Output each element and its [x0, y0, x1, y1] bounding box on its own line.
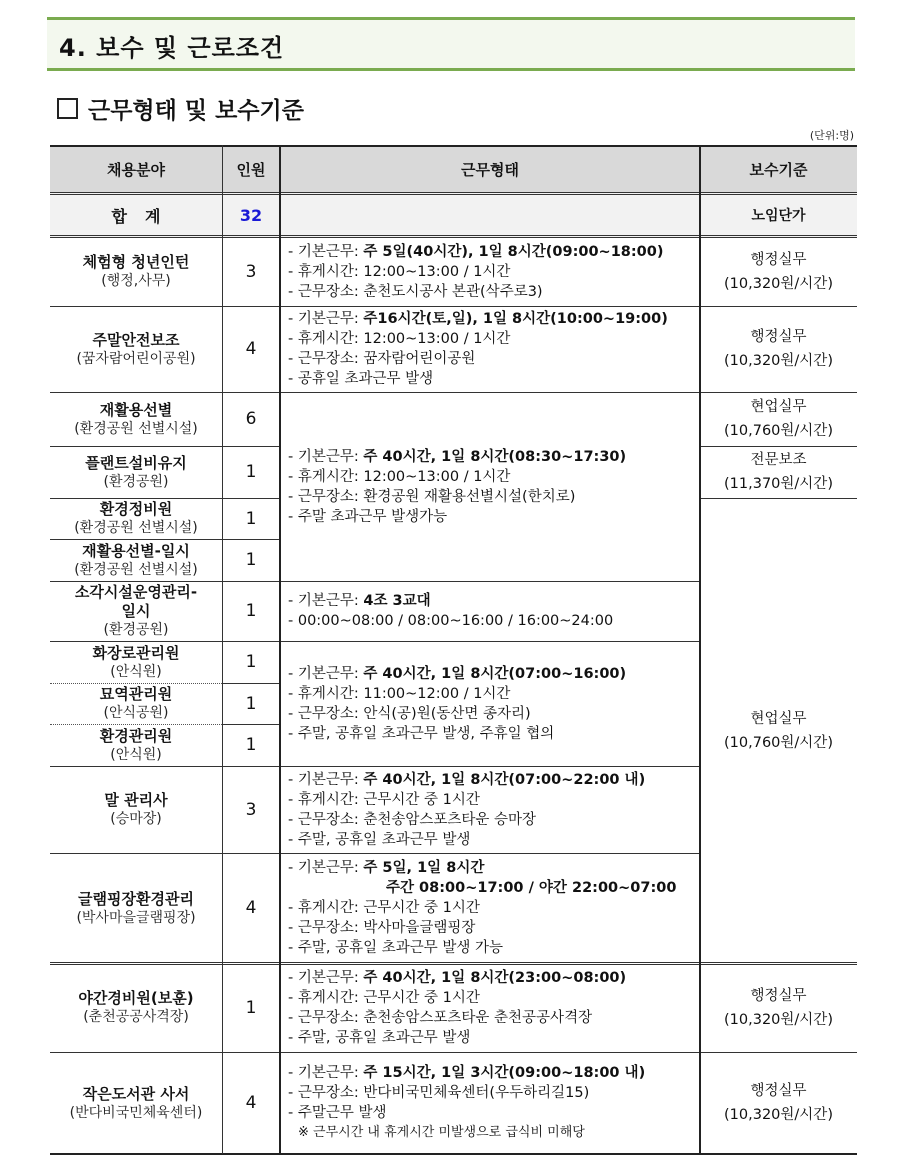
job-count: 1 — [246, 509, 257, 529]
job-count-cell: 1 — [222, 963, 280, 1052]
pay-type: 행정실무 — [750, 248, 806, 272]
compensation-table: 채용분야 인원 근무형태 보수기준 합계 32 노임단가 체험형 청년인턴 (행… — [50, 145, 857, 1155]
work-type-cell: - 기본근무: 주 5일, 1일 8시간 주간 08:00~17:00 / 야간… — [280, 853, 700, 963]
work-note: - 주말, 공휴일 초과근무 발생 — [288, 1028, 700, 1048]
job-location: (반다비국민체육센터) — [70, 1104, 203, 1122]
job-name: 묘역관리원 — [100, 685, 172, 704]
pay-rate: (10,320원/시간) — [724, 1008, 833, 1032]
job-location: (승마장) — [110, 810, 162, 828]
job-name: 주말안전보조 — [93, 331, 180, 350]
job-count-cell: 4 — [222, 853, 280, 963]
job-name: 화장로관리원 — [93, 644, 180, 663]
work-location: - 근무장소: 꿈자람어린이공원 — [288, 349, 700, 369]
row-divider — [50, 539, 280, 540]
pay-cell: 행정실무 (10,320원/시간) — [700, 1052, 857, 1154]
job-name: 환경정비원 — [100, 500, 172, 519]
job-name: 말 관리사 — [104, 791, 167, 810]
pay-type: 전문보조 — [750, 448, 806, 472]
work-hours: 주16시간(토,일), 1일 8시간(10:00~19:00) — [363, 311, 668, 327]
job-count-cell: 4 — [222, 1052, 280, 1154]
job-location: (환경공원 선별시설) — [74, 519, 198, 537]
work-break: - 휴게시간: 근무시간 중 1시간 — [288, 898, 700, 918]
table-border — [50, 145, 857, 147]
table-row-job: 주말안전보조 (꿈자람어린이공원) — [50, 306, 222, 392]
total-pay-cell: 노임단가 — [700, 193, 857, 237]
job-count-cell: 3 — [222, 766, 280, 853]
work-note: - 주말, 공휴일 초과근무 발생, 주휴일 협의 — [288, 724, 700, 744]
row-divider — [50, 962, 857, 965]
pay-rate: (10,320원/시간) — [724, 272, 833, 296]
work-location: - 근무장소: 안식(공)원(동산면 종자리) — [288, 704, 700, 724]
checkbox-square-icon — [57, 98, 78, 119]
row-divider — [50, 581, 700, 582]
table-row-job: 재활용선별-일시 (환경공원 선별시설) — [50, 539, 222, 581]
row-divider-dotted — [50, 683, 222, 684]
work-hours: 4조 3교대 — [363, 593, 430, 609]
table-border — [50, 235, 857, 238]
work-location: - 근무장소: 환경공원 재활용선별시설(한치로) — [288, 487, 700, 507]
section-banner: 4. 보수 및 근로조건 — [47, 17, 855, 71]
work-location: - 근무장소: 박사마을글램핑장 — [288, 918, 700, 938]
job-name: 체험형 청년인턴 — [83, 253, 190, 272]
job-count-cell: 1 — [222, 581, 280, 641]
job-count-cell: 1 — [222, 683, 280, 724]
pay-rate: (10,320원/시간) — [724, 349, 833, 373]
work-location: - 근무장소: 춘천송암스포츠타운 춘천공공사격장 — [288, 1008, 700, 1028]
job-name: 플랜트설비유지 — [85, 454, 186, 473]
row-divider — [50, 1052, 857, 1053]
job-name: 환경관리원 — [100, 727, 172, 746]
work-label: - 기본근무: — [288, 860, 363, 876]
work-type-cell: - 기본근무: 주16시간(토,일), 1일 8시간(10:00~19:00) … — [280, 306, 700, 392]
work-label: - 기본근무: — [288, 970, 363, 986]
work-note: - 주말, 공휴일 초과근무 발생 — [288, 830, 700, 850]
table-row-job: 플랜트설비유지 (환경공원) — [50, 446, 222, 498]
job-count-cell: 1 — [222, 539, 280, 581]
job-location: (안식원) — [110, 663, 162, 681]
job-count-cell: 1 — [222, 446, 280, 498]
pay-rate: (10,760원/시간) — [724, 731, 833, 755]
row-divider — [50, 306, 857, 307]
job-count: 1 — [246, 550, 257, 570]
job-location: (안식공원) — [103, 704, 168, 722]
work-hours: 주 40시간, 1일 8시간(08:30~17:30) — [363, 449, 626, 465]
row-divider — [50, 392, 857, 393]
work-location: - 근무장소: 춘천송암스포츠타운 승마장 — [288, 810, 700, 830]
work-label: - 기본근무: — [288, 1065, 363, 1081]
work-type-cell: - 기본근무: 주 5일(40시간), 1일 8시간(09:00~18:00) … — [280, 237, 700, 306]
work-location: - 근무장소: 반다비국민체육센터(우두하리길15) — [288, 1083, 700, 1103]
job-count: 1 — [246, 735, 257, 755]
pay-cell: 행정실무 (10,320원/시간) — [700, 306, 857, 392]
job-count-cell: 1 — [222, 724, 280, 766]
row-divider-dotted — [50, 724, 222, 725]
pay-rate: (11,370원/시간) — [724, 472, 833, 496]
row-divider — [50, 766, 700, 767]
work-label: - 기본근무: — [288, 311, 363, 327]
header-cell-pay: 보수기준 — [700, 145, 857, 193]
table-border — [50, 192, 857, 195]
pay-cell: 전문보조 (11,370원/시간) — [700, 446, 857, 498]
table-row-job: 작은도서관 사서 (반다비국민체육센터) — [50, 1052, 222, 1154]
subsection-heading: 근무형태 및 보수기준 — [57, 92, 304, 125]
header-cell-field: 채용분야 — [50, 145, 222, 193]
column-divider — [279, 145, 281, 1154]
work-break: - 휴게시간: 근무시간 중 1시간 — [288, 790, 700, 810]
work-shifts: - 00:00~08:00 / 08:00~16:00 / 16:00~24:0… — [288, 611, 700, 631]
work-label: - 기본근무: — [288, 666, 363, 682]
pay-type: 행정실무 — [750, 1079, 806, 1103]
work-label: - 기본근무: — [288, 593, 363, 609]
job-name: 야간경비원(보훈) — [78, 989, 193, 1008]
job-location: (춘천공공사격장) — [83, 1008, 189, 1026]
work-note: - 주말, 공휴일 초과근무 발생 가능 — [288, 938, 700, 958]
work-break: - 휴게시간: 12:00~13:00 / 1시간 — [288, 329, 700, 349]
work-break: - 휴게시간: 근무시간 중 1시간 — [288, 988, 700, 1008]
work-hours: 주 40시간, 1일 8시간(07:00~16:00) — [363, 666, 626, 682]
pay-rate: (10,320원/시간) — [724, 1103, 833, 1127]
work-label: - 기본근무: — [288, 772, 363, 788]
work-break: - 휴게시간: 11:00~12:00 / 1시간 — [288, 684, 700, 704]
row-divider — [50, 446, 280, 447]
work-hours: 주 5일, 1일 8시간 — [363, 860, 484, 876]
work-type-cell: - 기본근무: 주 40시간, 1일 8시간(07:00~16:00) - 휴게… — [280, 641, 700, 766]
job-count-cell: 6 — [222, 392, 280, 446]
job-location: (환경공원 선별시설) — [74, 561, 198, 579]
job-location: (꿈자람어린이공원) — [76, 350, 195, 368]
pay-cell: 현업실무 (10,760원/시간) — [700, 392, 857, 446]
job-location: (환경공원 선별시설) — [74, 420, 198, 438]
total-label: 합계 — [94, 204, 179, 227]
job-count-cell: 4 — [222, 306, 280, 392]
row-divider — [222, 724, 280, 725]
work-hours: 주 5일(40시간), 1일 8시간(09:00~18:00) — [363, 244, 663, 260]
work-shift-times: 주간 08:00~17:00 / 야간 22:00~07:00 — [386, 880, 676, 896]
table-border — [50, 1153, 857, 1155]
work-break: - 휴게시간: 12:00~13:00 / 1시간 — [288, 262, 700, 282]
job-location: (박사마을글램핑장) — [76, 909, 195, 927]
section-title: 4. 보수 및 근로조건 — [59, 28, 284, 63]
job-location: (환경공원) — [103, 473, 168, 491]
job-name: 재활용선별 — [100, 401, 172, 420]
job-count: 4 — [246, 898, 257, 918]
work-type-cell: - 기본근무: 주 40시간, 1일 8시간(07:00~22:00 내) - … — [280, 766, 700, 853]
pay-type: 행정실무 — [750, 325, 806, 349]
work-type-cell: - 기본근무: 4조 3교대 - 00:00~08:00 / 08:00~16:… — [280, 581, 700, 641]
job-name: 글램핑장환경관리 — [78, 890, 194, 909]
job-count: 3 — [246, 800, 257, 820]
job-name: 소각시설운영관리- — [75, 583, 197, 602]
job-count-cell: 1 — [222, 641, 280, 683]
unit-label: (단위:명) — [810, 127, 854, 143]
total-count-cell: 32 — [222, 193, 280, 237]
table-row-job: 환경정비원 (환경공원 선별시설) — [50, 498, 222, 539]
row-divider — [222, 683, 280, 684]
pay-cell: 행정실무 (10,320원/시간) — [700, 237, 857, 306]
job-count: 1 — [246, 601, 257, 621]
job-count: 1 — [246, 462, 257, 482]
header-label: 인원 — [237, 159, 266, 180]
job-name-cont: 일시 — [122, 602, 151, 621]
column-divider — [699, 145, 701, 1154]
job-count: 3 — [246, 262, 257, 282]
job-location: (행정,사무) — [101, 272, 170, 290]
work-type-cell: - 기본근무: 주 40시간, 1일 8시간(23:00~08:00) - 휴게… — [280, 963, 700, 1052]
work-label: - 기본근무: — [288, 244, 363, 260]
pay-cell: 행정실무 (10,320원/시간) — [700, 963, 857, 1052]
total-pay-label: 노임단가 — [751, 205, 805, 225]
work-break: - 휴게시간: 12:00~13:00 / 1시간 — [288, 467, 700, 487]
row-divider — [700, 498, 857, 499]
column-divider — [222, 145, 223, 1154]
work-type-cell: - 기본근무: 주 15시간, 1일 3시간(09:00~18:00 내) - … — [280, 1052, 700, 1154]
table-row-job: 글램핑장환경관리 (박사마을글램핑장) — [50, 853, 222, 963]
table-row-job: 묘역관리원 (안식공원) — [50, 683, 222, 724]
job-location: (안식원) — [110, 746, 162, 764]
table-row-job: 재활용선별 (환경공원 선별시설) — [50, 392, 222, 446]
work-label: - 기본근무: — [288, 449, 363, 465]
job-count: 4 — [246, 339, 257, 359]
pay-cell: 현업실무 (10,760원/시간) — [700, 498, 857, 963]
header-label: 채용분야 — [107, 159, 165, 180]
job-count-cell: 1 — [222, 498, 280, 539]
job-count: 1 — [246, 998, 257, 1018]
job-location: (환경공원) — [103, 621, 168, 639]
table-row-job: 체험형 청년인턴 (행정,사무) — [50, 237, 222, 306]
job-count: 4 — [246, 1093, 257, 1113]
work-type-cell: - 기본근무: 주 40시간, 1일 8시간(08:30~17:30) - 휴게… — [280, 392, 700, 581]
pay-rate: (10,760원/시간) — [724, 419, 833, 443]
row-divider — [50, 853, 700, 854]
pay-type: 행정실무 — [750, 984, 806, 1008]
pay-type: 현업실무 — [750, 395, 806, 419]
subsection-title: 근무형태 및 보수기준 — [88, 98, 304, 124]
job-name: 재활용선별-일시 — [82, 542, 190, 561]
header-label: 보수기준 — [750, 159, 808, 180]
work-note: - 주말근무 발생 — [288, 1103, 700, 1123]
table-row-job: 환경관리원 (안식원) — [50, 724, 222, 766]
job-count-cell: 3 — [222, 237, 280, 306]
job-count: 6 — [246, 409, 257, 429]
table-row-job: 화장로관리원 (안식원) — [50, 641, 222, 683]
table-row-job: 소각시설운영관리- 일시 (환경공원) — [50, 581, 222, 641]
work-hours: 주 40시간, 1일 8시간(07:00~22:00 내) — [363, 772, 645, 788]
row-divider — [700, 446, 857, 447]
table-row-job: 말 관리사 (승마장) — [50, 766, 222, 853]
work-hours: 주 15시간, 1일 3시간(09:00~18:00 내) — [363, 1065, 645, 1081]
pay-type: 현업실무 — [750, 707, 806, 731]
table-row-job: 야간경비원(보훈) (춘천공공사격장) — [50, 963, 222, 1052]
work-note: - 공휴일 초과근무 발생 — [288, 369, 700, 389]
total-label-cell: 합계 — [50, 193, 222, 237]
work-note: - 주말 초과근무 발생가능 — [288, 507, 700, 527]
header-cell-headcount: 인원 — [222, 145, 280, 193]
work-hours: 주 40시간, 1일 8시간(23:00~08:00) — [363, 970, 626, 986]
total-count: 32 — [240, 206, 262, 225]
row-divider — [50, 641, 700, 642]
job-count: 1 — [246, 694, 257, 714]
work-location: - 근무장소: 춘천도시공사 본관(삭주로3) — [288, 282, 700, 302]
job-name: 작은도서관 사서 — [83, 1085, 190, 1104]
header-label: 근무형태 — [461, 159, 519, 180]
job-count: 1 — [246, 652, 257, 672]
header-cell-work-type: 근무형태 — [280, 145, 700, 193]
row-divider — [50, 498, 280, 499]
work-footnote: ※ 근무시간 내 휴게시간 미발생으로 급식비 미해당 — [288, 1123, 700, 1143]
